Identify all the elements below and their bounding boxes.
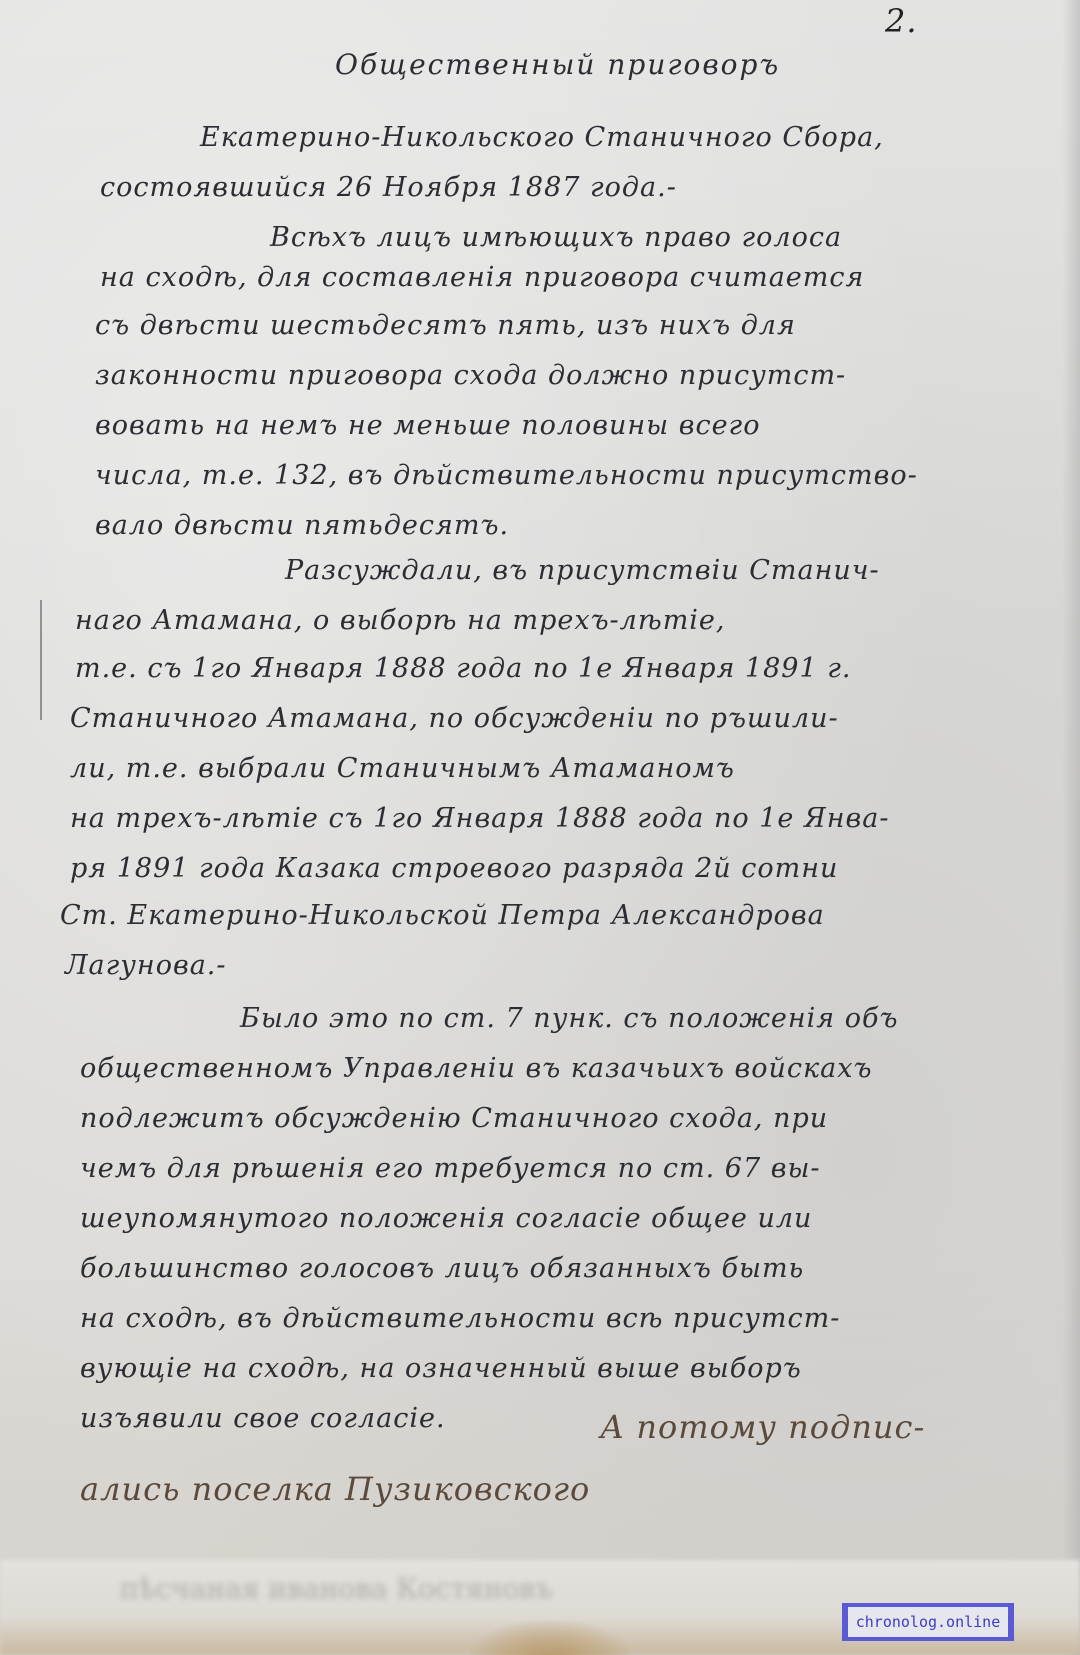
text-line: чемъ для рѣшенія его требуется по ст. 67… [80,1153,821,1184]
text-line: подлежитъ обсужденію Станичного схода, п… [80,1103,828,1134]
signature-line: ались поселка Пузиковского [80,1470,590,1508]
document-title: Общественный приговоръ [335,48,780,81]
text-line: Екатерино-Никольского Станичного Сбора, [200,122,884,153]
text-line: вало двѣсти пятьдесятъ. [95,510,509,541]
margin-note: №11 [0,640,2,684]
watermark-text: chronolog.online [848,1607,1008,1637]
text-line: на сходѣ, для составленія приговора счит… [100,262,864,293]
page-number: 2. [885,2,918,40]
text-line: наго Атамана, о выборѣ на трехъ-лѣтіе, [75,605,726,636]
text-line: Лагунова.- [65,950,227,981]
text-line: законности приговора схода должно присут… [95,360,846,391]
text-line: на трехъ-лѣтіе съ 1го Января 1888 года п… [70,803,889,834]
text-line: шеупомянутого положенія согласіе общее и… [80,1203,812,1234]
blurred-footer-text: пѣсчаная иванова Костяновъ [120,1572,553,1605]
text-line: Ст. Екатерино-Никольской Петра Александр… [60,900,825,931]
text-line: состоявшийся 26 Ноября 1887 года.- [100,172,677,203]
text-line: Разсуждали, въ присутствіи Станич- [285,555,880,586]
text-line: Было это по ст. 7 пунк. съ положенія объ [240,1003,899,1034]
text-line: на сходѣ, въ дѣйствительности всѣ присут… [80,1303,840,1334]
page-edge-shadow [1062,0,1080,1655]
text-line: Станичного Атамана, по обсужденіи по ръш… [70,703,839,734]
text-line: числа, т.е. 132, въ дѣйствительности при… [95,460,918,491]
text-line: общественномъ Управленіи въ казачьихъ во… [80,1053,872,1084]
text-line: съ двѣсти шестьдесятъ пять, изъ нихъ для [95,310,796,341]
text-line: т.е. съ 1го Января 1888 года по 1е Январ… [75,653,851,684]
text-line: вующіе на сходѣ, на означенный выше выбо… [80,1353,802,1384]
text-line: ря 1891 года Казака строевого разряда 2й… [70,853,838,884]
text-line: вовать на немъ не меньше половины всего [95,410,760,441]
signature-line: А потому подпис- [600,1408,925,1446]
margin-line [40,600,42,720]
text-line: большинство голосовъ лицъ обязанныхъ быт… [80,1253,804,1284]
watermark-badge: chronolog.online [842,1603,1014,1641]
document-page: 2. Общественный приговоръ Екатерино-Нико… [0,0,1080,1655]
text-line: ли, т.е. выбрали Станичнымъ Атаманомъ [70,753,735,784]
paper-stain [470,1620,630,1655]
text-line: Всѣхъ лицъ имѣющихъ право голоса [270,222,842,253]
text-line: изъявили свое согласіе. [80,1403,446,1434]
